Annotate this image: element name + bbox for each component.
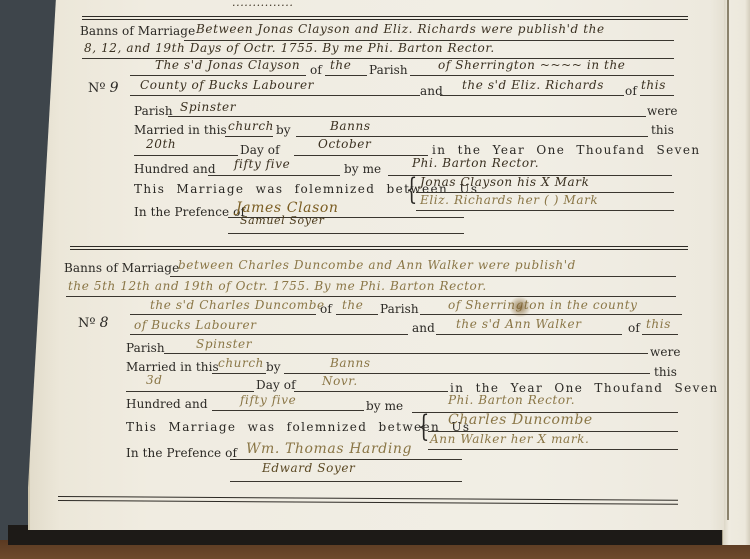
by-label: by [276,123,291,137]
previous-entry-fragment: ............... [232,0,293,9]
party2-signature: Ann Walker her X mark. [430,432,589,446]
entry-number-value: 9 [110,80,119,96]
rule [212,410,364,411]
party2-name: the s'd Ann Walker [456,317,582,331]
day-value: 20th [146,137,176,151]
rule [170,276,676,277]
party1-name: The s'd Jonas Clayson [155,58,300,72]
married-in-value: church [228,119,274,133]
entry-number-value: 8 [100,315,109,331]
officiant-signature: Phi. Barton Rector. [412,156,539,170]
rule [642,334,678,335]
rule [130,334,408,335]
day-value: 3d [146,373,163,387]
month-value: Novr. [322,374,358,388]
parish2-label: Parish [134,104,173,118]
parish-value: of Sherrington ~~~~ in the [438,58,626,72]
banns-label: Banns of Marriage [64,261,179,275]
of2-label: of [628,321,640,335]
witness1-signature: Wm. Thomas Harding [246,441,412,457]
of-label: of [310,63,322,77]
ink-stain [508,297,532,317]
by-me-label: by me [344,162,381,176]
banns-text-line1: between Charles Duncombe and Ann Walker … [178,258,576,272]
hundred-label: Hundred and [134,162,216,176]
rule [325,75,367,76]
of-value: the [342,298,363,312]
officiant-signature: Phi. Barton Rector. [448,393,575,407]
rule [168,116,646,117]
day-of-label: Day of [256,378,296,392]
party1-signature: Jonas Clayson his X Mark [420,175,590,189]
page-fold [727,0,729,520]
by-me-label: by me [366,399,403,413]
rule [436,334,622,335]
and-label: and [412,321,435,335]
rule [164,353,648,354]
this-label: this [654,365,677,379]
banns-text-line2: 8, 12, and 19th Days of Octr. 1755. By m… [84,41,495,55]
entry-number-label: Nº [88,81,106,96]
rule [130,314,316,315]
year-label: in the Year One Thoufand Seven [432,143,700,157]
banns-label: Banns of Marriage [80,24,195,38]
rule [640,95,674,96]
rule [126,391,254,392]
banns-text-line1: Between Jonas Clayson and Eliz. Richards… [196,22,605,36]
rule [230,459,462,460]
of2-value: this [641,78,666,92]
party1-signature: Charles Duncombe [448,412,593,428]
rule [416,210,674,211]
married-in-label: Married in this [134,123,227,137]
hundred-label: Hundred and [126,397,208,411]
witness2-signature: Samuel Soyer [240,214,324,227]
were-label: were [650,345,681,359]
entry-number: Nº 9 [88,80,119,96]
presence-label: In the Prefence of [126,446,237,460]
rule [420,314,682,315]
rule [336,314,378,315]
parish2-label: Parish [126,341,165,355]
entry-number: Nº 8 [78,315,109,331]
rule [66,296,676,297]
month-value: October [318,137,371,151]
witness2-signature: Edward Soyer [262,461,355,475]
year-value: fifty five [240,393,296,407]
parish-label: Parish [369,63,408,77]
rule [212,373,266,374]
rule [410,75,674,76]
party2-name: the s'd Eliz. Richards [462,78,604,92]
entry-divider-1 [70,246,688,247]
rule [208,175,340,176]
party1-name: the s'd Charles Duncombe [150,298,325,312]
brace-icon: { [418,412,429,442]
of2-label: of [625,84,637,98]
this-label: this [651,123,674,137]
of-value: the [330,58,351,72]
of-label: of [320,302,332,316]
rule [130,75,306,76]
rule [228,233,464,234]
rule [440,95,624,96]
banns-text-line2: the 5th 12th and 19th of Octr. 1755. By … [68,279,487,293]
party2-signature: Eliz. Richards her ( ) Mark [420,193,598,207]
party1-description: of Bucks Labourer [134,318,257,332]
top-rule-2 [82,19,688,20]
entry-number-label: Nº [78,316,96,331]
were-label: were [647,104,678,118]
day-of-label: Day of [240,143,280,157]
rule [294,391,448,392]
brace-icon: { [406,175,417,205]
married-in-label: Married in this [126,360,219,374]
rule [230,481,462,482]
married-in-value: church [218,356,264,370]
rule [134,155,238,156]
rule [294,155,428,156]
top-rule-1 [82,16,688,17]
parish-label: Parish [380,302,419,316]
entry-divider-2 [70,249,688,250]
of2-value: this [646,317,671,331]
party1-description: County of Bucks Labourer [140,78,314,92]
parish2-value: Spinster [180,100,236,114]
rule [130,95,420,96]
by-value: Banns [330,356,371,370]
year-value: fifty five [234,157,290,171]
by-label: by [266,360,281,374]
parish-value: of Sherrington in the county [448,298,638,312]
rule [225,136,273,137]
by-value: Banns [330,119,371,133]
rule [428,449,678,450]
parish2-value: Spinster [196,337,252,351]
